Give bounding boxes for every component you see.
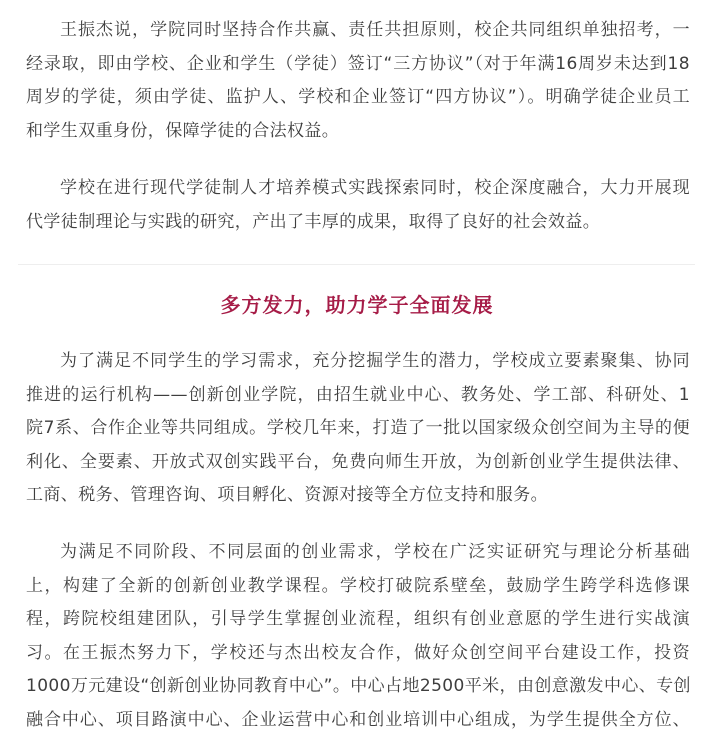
text-line: 利化、全要素、开放式双创实践平台，免费向师生开放，为创新创业学生提供法律、 bbox=[26, 446, 690, 480]
text-line: 习。在王振杰努力下，学校还与杰出校友合作，做好众创空间平台建设工作，投资 bbox=[26, 637, 690, 671]
section-title: 多方发力，助力学子全面发展 bbox=[0, 290, 714, 320]
section-divider bbox=[18, 264, 695, 265]
text-line: 融合中心、项目路演中心、企业运营中心和创业培训中心组成，为学生提供全方位、 bbox=[26, 704, 690, 738]
text-line: 为了满足不同学生的学习需求，充分挖掘学生的潜力，学校成立要素聚集、协同 bbox=[26, 345, 690, 379]
text-line: 工商、税务、管理咨询、项目孵化、资源对接等全方位支持和服务。 bbox=[26, 479, 690, 513]
text-line: 程，跨院校组建团队，引导学生掌握创业流程，组织有创业意愿的学生进行实战演 bbox=[26, 603, 690, 637]
paragraph-modern-apprenticeship: 学校在进行现代学徒制人才培养模式实践探索同时，校企深度融合，大力开展现 代学徒制… bbox=[26, 172, 690, 239]
text-line: 学校在进行现代学徒制人才培养模式实践探索同时，校企深度融合，大力开展现 bbox=[26, 172, 690, 206]
paragraph-apprentice-agreement: 王振杰说，学院同时坚持合作共赢、责任共担原则，校企共同组织单独招考，一 经录取，… bbox=[26, 14, 690, 148]
paragraph-entrepreneurship-courses: 为满足不同阶段、不同层面的创业需求，学校在广泛实证研究与理论分析基础 上，构建了… bbox=[26, 536, 690, 738]
text-line: 为满足不同阶段、不同层面的创业需求，学校在广泛实证研究与理论分析基础 bbox=[26, 536, 690, 570]
text-line: 1000万元建设“创新创业协同教育中心”。中心占地2500平米，由创意激发中心、… bbox=[26, 670, 690, 704]
text-line: 王振杰说，学院同时坚持合作共赢、责任共担原则，校企共同组织单独招考，一 bbox=[26, 14, 690, 48]
paragraph-innovation-college: 为了满足不同学生的学习需求，充分挖掘学生的潜力，学校成立要素聚集、协同 推进的运… bbox=[26, 345, 690, 513]
text-line: 院7系、合作企业等共同组成。学校几年来，打造了一批以国家级众创空间为主导的便 bbox=[26, 412, 690, 446]
text-line: 周岁的学徒，须由学徒、监护人、学校和企业签订“四方协议”）。明确学徒企业员工 bbox=[26, 81, 690, 115]
text-line: 经录取，即由学校、企业和学生（学徒）签订“三方协议”（对于年满16周岁未达到18 bbox=[26, 48, 690, 82]
text-line: 推进的运行机构——创新创业学院，由招生就业中心、教务处、学工部、科研处、1 bbox=[26, 379, 690, 413]
text-line: 和学生双重身份，保障学徒的合法权益。 bbox=[26, 115, 690, 149]
text-line: 上，构建了全新的创新创业教学课程。学校打破院系壁垒，鼓励学生跨学科选修课 bbox=[26, 570, 690, 604]
text-line: 代学徒制理论与实践的研究，产出了丰厚的成果，取得了良好的社会效益。 bbox=[26, 206, 690, 240]
